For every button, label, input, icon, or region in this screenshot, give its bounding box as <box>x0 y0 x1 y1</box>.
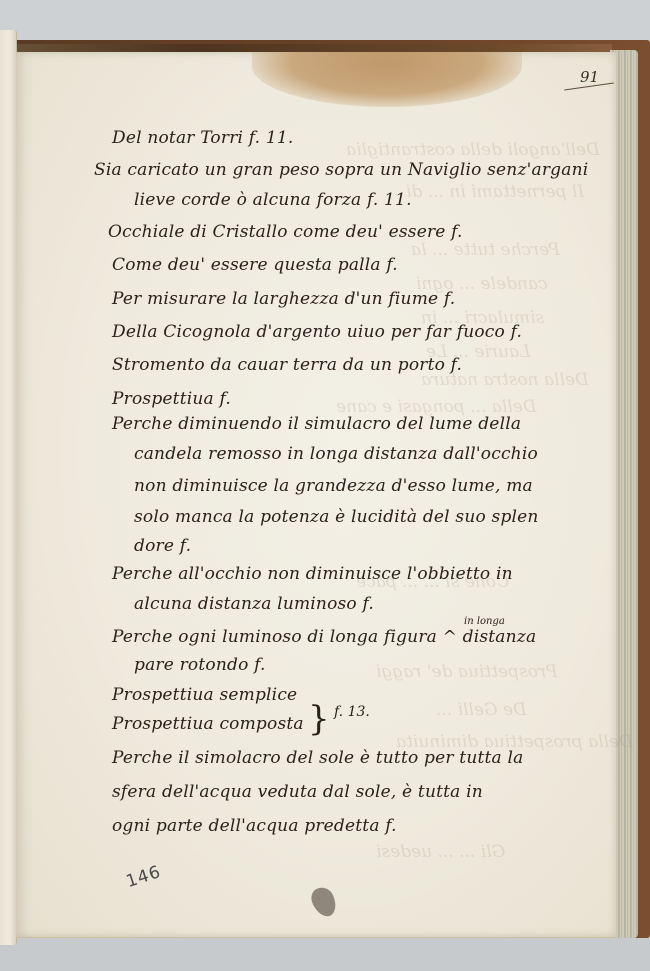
bleed-through-line: Perche tutte ... la <box>411 240 560 260</box>
entry-line: Perche il simolacro del sole è tutto per… <box>112 748 523 768</box>
entry-line: Della Cicognola d'argento uiuo per far f… <box>112 322 522 342</box>
entry-line: Prospettiua composta <box>112 714 304 734</box>
entry-line: Del notar Torri f. 11. <box>112 128 294 148</box>
bleed-through-line: Il pernettami in ... di <box>406 182 584 202</box>
bleed-through-line: Dell'angoli della costrantiglia <box>346 140 600 160</box>
brace-folio-reference: f. 13. <box>334 704 370 720</box>
entry-line: Prospettiua f. <box>112 389 231 409</box>
entry-line: sfera dell'acqua veduta dal sole, è tutt… <box>112 782 483 802</box>
entry-line: Per misurare la larghezza d'un fiume f. <box>112 289 455 309</box>
bleed-through-line: De Gelli ... <box>436 700 527 720</box>
grouping-brace: } <box>308 702 330 736</box>
entry-line: non diminuisce la grandezza d'esso lume,… <box>134 476 533 496</box>
entry-line: ogni parte dell'acqua predetta f. <box>112 816 397 836</box>
bleed-through-line: Prospettiua de' raggi <box>376 662 558 682</box>
water-stain <box>252 52 522 107</box>
ink-blot <box>308 884 341 920</box>
entry-line: Perche ogni luminoso di longa figura ^ d… <box>112 627 536 647</box>
entry-line: pare rotondo f. <box>134 655 266 675</box>
bleed-through-line: Gli ... ... uedesi <box>376 842 505 862</box>
manuscript-page: Dell'angoli della costrantiglia Il perne… <box>16 52 616 938</box>
entry-line: solo manca la potenza è lucidità del suo… <box>134 507 539 527</box>
folio-number: 91 <box>580 68 599 86</box>
entry-line: dore f. <box>134 536 191 556</box>
entry-line: Prospettiua semplice <box>112 685 297 705</box>
binding-edge <box>12 44 612 52</box>
entry-line: Occhiale di Cristallo come deu' essere f… <box>108 222 463 242</box>
facing-page-edge <box>0 30 17 945</box>
entry-line: Stromento da cauar terra da un porto f. <box>112 355 462 375</box>
entry-line: Perche all'occhio non diminuisce l'obbie… <box>112 564 513 584</box>
entry-line: alcuna distanza luminoso f. <box>134 594 374 614</box>
entry-line: Sia caricato un gran peso sopra un Navig… <box>94 160 588 180</box>
entry-line: lieve corde ò alcuna forza f. 11. <box>134 190 412 210</box>
entry-line: candela remosso in longa distanza dall'o… <box>134 444 538 464</box>
archive-number: 146 <box>124 862 164 892</box>
interlinear-insert: in longa <box>464 616 505 627</box>
entry-line: Perche diminuendo il simulacro del lume … <box>112 414 521 434</box>
entry-line: Come deu' essere questa palla f. <box>112 255 398 275</box>
